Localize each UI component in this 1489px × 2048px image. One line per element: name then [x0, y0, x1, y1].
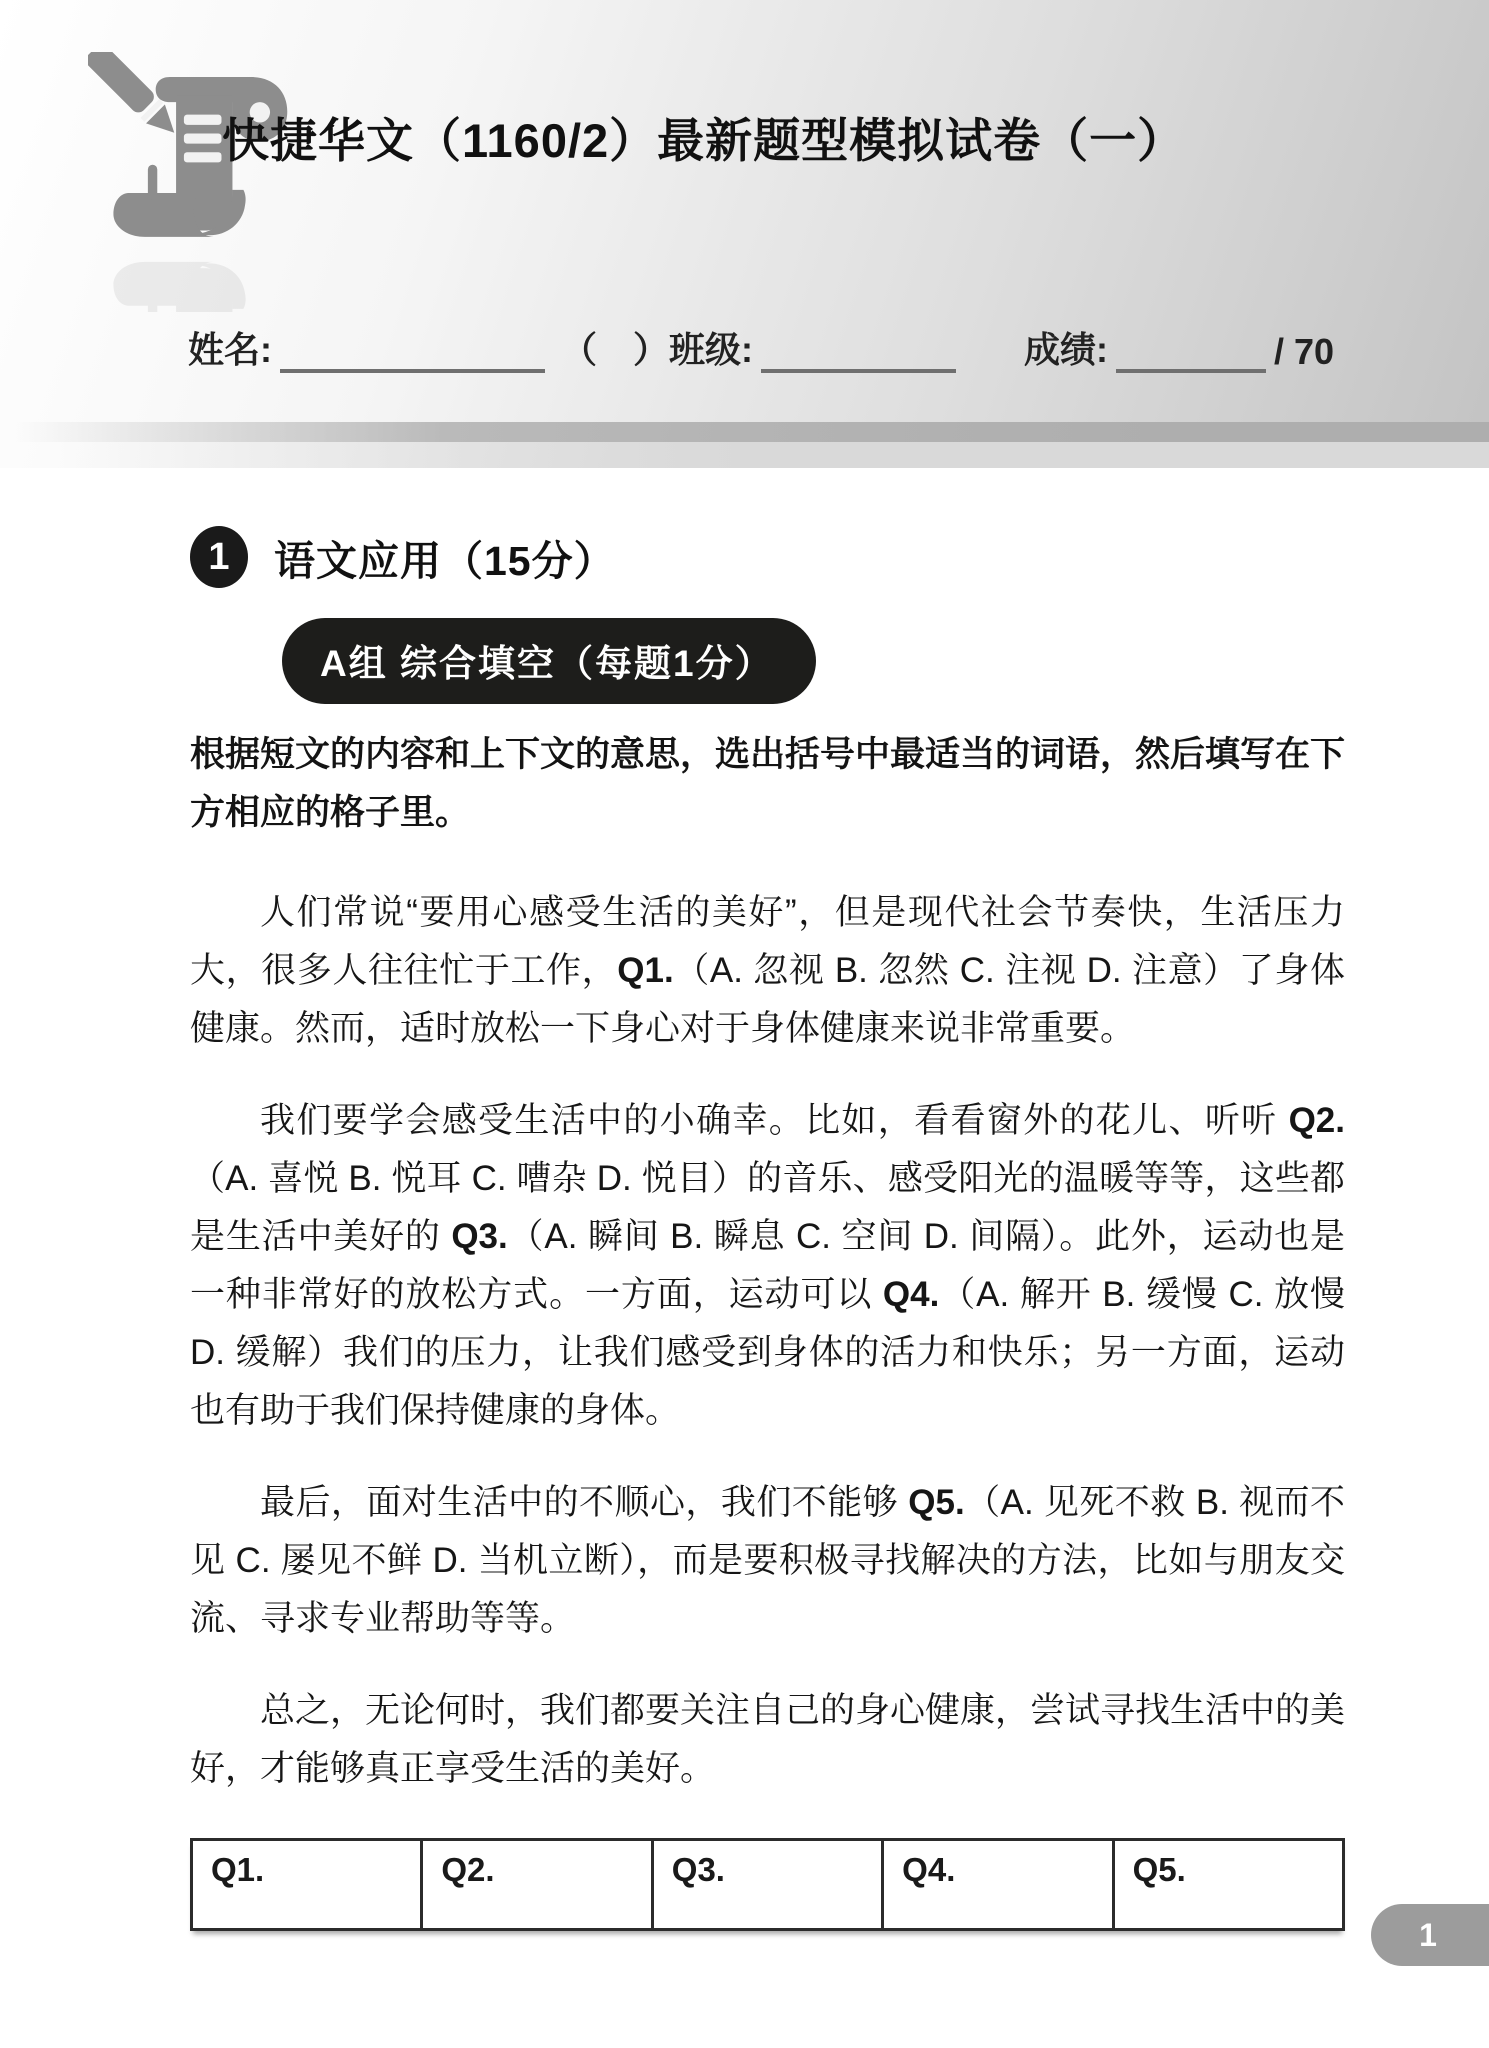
header-divider-light [0, 442, 1489, 468]
exam-body: 1 语文应用（15分） A组 综合填空（每题1分） 根据短文的内容和上下文的意思… [190, 468, 1345, 1931]
section-heading: 1 语文应用（15分） [190, 526, 1345, 588]
score-field[interactable] [1116, 333, 1266, 373]
passage-paragraph-1: 人们常说“要用心感受生活的美好”，但是现代社会节奏快，生活压力大，很多人往往忙于… [190, 884, 1345, 1058]
score-total: / 70 [1274, 331, 1334, 373]
exam-header: 快捷华文（1160/2）最新题型模拟试卷（一） 姓名: （ ） 班级: 成绩: … [0, 0, 1489, 468]
paren-field[interactable]: （ ） [561, 322, 669, 373]
score-label: 成绩: [1024, 322, 1108, 373]
scroll-pencil-icon [88, 52, 308, 312]
question-marker: Q4. [883, 1275, 939, 1314]
section-title: 语文应用（15分） [274, 528, 616, 587]
question-marker: Q1. [617, 951, 673, 990]
answer-cell-q5[interactable]: Q5. [1113, 1840, 1343, 1930]
student-info-row: 姓名: （ ） 班级: 成绩: / 70 [188, 322, 1358, 373]
passage-paragraph-4: 总之，无论何时，我们都要关注自己的身心健康，尝试寻找生活中的美好，才能够真正享受… [190, 1682, 1345, 1798]
question-marker: Q2. [1289, 1101, 1345, 1140]
instructions-text: 根据短文的内容和上下文的意思，选出括号中最适当的词语，然后填写在下方相应的格子里… [190, 726, 1345, 842]
page-title: 快捷华文（1160/2）最新题型模拟试卷（一） [222, 104, 1185, 171]
answer-table: Q1. Q2. Q3. Q4. Q5. [190, 1838, 1345, 1931]
answer-cell-q1[interactable]: Q1. [192, 1840, 422, 1930]
page-number-tab: 1 [1371, 1904, 1489, 1966]
answer-row: Q1. Q2. Q3. Q4. Q5. [192, 1840, 1344, 1930]
question-marker: Q5. [908, 1483, 964, 1522]
question-marker: Q3. [451, 1217, 507, 1256]
answer-cell-q4[interactable]: Q4. [883, 1840, 1113, 1930]
answer-cell-q2[interactable]: Q2. [422, 1840, 652, 1930]
group-a-badge: A组 综合填空（每题1分） [282, 618, 816, 704]
passage-paragraph-3: 最后，面对生活中的不顺心，我们不能够 Q5.（A. 见死不救 B. 视而不见 C… [190, 1474, 1345, 1648]
answer-cell-q3[interactable]: Q3. [652, 1840, 882, 1930]
name-field[interactable] [280, 333, 545, 373]
class-field[interactable] [761, 333, 956, 373]
passage-paragraph-2: 我们要学会感受生活中的小确幸。比如，看看窗外的花儿、听听 Q2.（A. 喜悦 B… [190, 1092, 1345, 1440]
name-label: 姓名: [188, 322, 272, 373]
section-number-badge: 1 [190, 526, 248, 588]
passage: 人们常说“要用心感受生活的美好”，但是现代社会节奏快，生活压力大，很多人往往忙于… [190, 884, 1345, 1798]
class-label: 班级: [669, 322, 753, 373]
exam-page: 快捷华文（1160/2）最新题型模拟试卷（一） 姓名: （ ） 班级: 成绩: … [0, 0, 1489, 2048]
header-divider-dark [0, 422, 1489, 442]
